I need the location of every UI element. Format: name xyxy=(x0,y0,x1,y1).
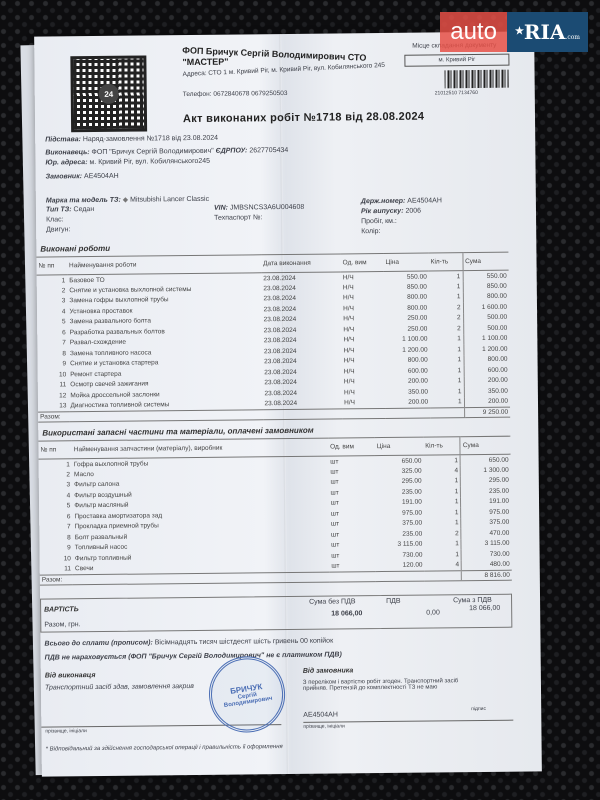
table-cell: 191.00 xyxy=(375,497,424,508)
table-cell: 3 xyxy=(39,480,72,491)
table-cell: 1 xyxy=(429,281,463,292)
table-cell: шт xyxy=(329,529,376,540)
table-cell: 800.00 xyxy=(385,355,430,366)
table-cell: 650.00 xyxy=(375,455,424,466)
column-header: № пп xyxy=(38,441,71,459)
column-header: Сума xyxy=(462,252,508,270)
table-cell: 350.00 xyxy=(385,387,430,398)
type-value: Седан xyxy=(73,206,94,213)
footnote: * Відповідальний за здійснення господарс… xyxy=(46,744,283,752)
type-label: Тип ТЗ: xyxy=(46,206,72,213)
table-cell: 200.00 xyxy=(385,397,430,408)
passport-label: Техпаспорт №: xyxy=(214,214,262,222)
table-cell: 800.00 xyxy=(463,291,509,302)
watermark-ria: ★RIA.com xyxy=(507,12,588,52)
column-header: Ціна xyxy=(383,253,428,271)
table-cell: 1 100.00 xyxy=(384,334,429,345)
table-cell: 11 xyxy=(38,380,69,391)
table-cell: 1 xyxy=(424,549,461,560)
table-cell: 8 xyxy=(39,532,72,543)
works-table: № ппНайменування роботиДата виконанняОд.… xyxy=(36,252,510,423)
vat-note: ПДВ не нараховується (ФОП "Бричук Сергій… xyxy=(45,651,342,661)
table-cell: шт xyxy=(329,540,376,551)
act-document: 24 ФОП Бричук Сергій Володимирович СТО "… xyxy=(34,31,542,776)
executor-signature-text: Транспортний засіб здав, замовлення закр… xyxy=(45,683,194,692)
table-cell: 1 200.00 xyxy=(463,344,509,355)
table-cell: 5 xyxy=(37,317,68,328)
table-cell: 4 xyxy=(37,306,68,317)
table-cell: Н/Ч xyxy=(342,387,385,398)
column-header: Сума xyxy=(460,436,510,455)
table-cell: 11 xyxy=(40,564,73,575)
table-cell: 800.00 xyxy=(384,292,429,303)
table-cell: 9 xyxy=(39,543,72,554)
table-cell: 250.00 xyxy=(384,324,429,335)
year-value: 2006 xyxy=(405,208,421,215)
table-cell: 2 xyxy=(37,285,68,296)
barcode-icon xyxy=(445,70,509,89)
table-cell: 3 xyxy=(37,296,68,307)
table-cell: 1 xyxy=(430,344,464,355)
qr-badge: 24 xyxy=(99,84,119,104)
table-cell: 1 xyxy=(424,507,461,518)
vat-value: 0,00 xyxy=(426,609,440,616)
sign-caption-left: прізвище, ініціали xyxy=(45,728,86,734)
barcode-number: 21012510 7134760 xyxy=(435,90,478,96)
table-cell: 1 xyxy=(429,271,463,282)
color-label: Колір: xyxy=(361,228,380,235)
executor-signature-label: Від виконавця xyxy=(45,672,96,680)
with-vat-value: 18 066,00 xyxy=(469,605,500,612)
customer-signature-name: AE4504AH xyxy=(303,711,338,718)
table-cell: 10 xyxy=(38,369,69,380)
table-cell: Н/Ч xyxy=(342,355,385,366)
table-cell: 1 xyxy=(39,459,72,470)
table-cell: Н/Ч xyxy=(341,292,384,303)
plate-line: Держ.номер: AE4504AH xyxy=(361,197,442,205)
basis-line: Підстава: Наряд-замовлення №1718 від 23.… xyxy=(45,135,218,144)
no-vat-value: 18 066,00 xyxy=(331,610,362,617)
table-cell: 850.00 xyxy=(463,281,509,292)
in-words-value: Вісімнадцять тисяч шістдесят шість гриве… xyxy=(155,638,333,647)
table-cell: Н/Ч xyxy=(342,366,385,377)
table-cell: 730.00 xyxy=(376,550,425,561)
table-cell: 2 xyxy=(429,302,463,313)
table-cell: 295.00 xyxy=(461,475,511,486)
table-cell: 975.00 xyxy=(376,508,425,519)
table-cell: 295.00 xyxy=(375,476,424,487)
document-title: Акт виконаних робіт №1718 від 28.08.2024 xyxy=(183,111,424,126)
executor-line: Виконавець: ФОП "Бричук Сергій Володимир… xyxy=(45,147,288,157)
table-cell: 6 xyxy=(37,327,68,338)
table-cell: 6 xyxy=(39,511,72,522)
sign-caption-right: прізвище, ініціали xyxy=(303,723,344,729)
table-cell: 1 xyxy=(430,365,464,376)
table-cell: шт xyxy=(329,498,376,509)
with-vat-label: Сума з ПДВ xyxy=(453,597,492,604)
plate-label: Держ.номер: xyxy=(361,198,405,205)
basis-label: Підстава: xyxy=(45,136,81,143)
year-label: Рік випуску: xyxy=(361,208,404,215)
customer-signature-text: З переліком і вартістю робіт згоден. Тра… xyxy=(303,678,473,692)
legal-address-value: м. Кривий Ріг, вул. Кобилянського245 xyxy=(89,158,210,166)
table-cell: Н/Ч xyxy=(342,376,385,387)
table-cell: Н/Ч xyxy=(341,324,384,335)
column-header: Дата виконання xyxy=(261,254,341,273)
edrpou-value: 2627705434 xyxy=(249,147,288,154)
vin-label: VIN: xyxy=(214,205,228,212)
table-cell: 3 115.00 xyxy=(376,539,425,550)
watermark-suffix: .com xyxy=(565,34,580,41)
table-cell: Н/Ч xyxy=(342,397,385,408)
vin-value: JMBSNCS3A6U004608 xyxy=(230,204,304,212)
table-cell: 235.00 xyxy=(461,486,511,497)
mitsubishi-logo-icon: ◆ xyxy=(123,197,128,204)
table-cell: 470.00 xyxy=(461,528,511,539)
in-words-label: Всього до сплати (прописом): xyxy=(44,639,152,647)
table-cell: 600.00 xyxy=(464,365,510,376)
table-cell: 1 xyxy=(430,355,464,366)
table-cell: 550.00 xyxy=(463,270,509,281)
vehicle-type-line: Тип ТЗ: Седан xyxy=(46,206,94,214)
table-cell: 650.00 xyxy=(460,454,510,465)
table-cell: шт xyxy=(328,466,375,477)
table-cell: 4 xyxy=(424,560,461,571)
table-cell: 200.00 xyxy=(464,396,510,407)
table-cell: 480.00 xyxy=(462,559,512,570)
table-cell: 1 xyxy=(423,455,460,466)
place-value: м. Кривий Ріг xyxy=(404,54,509,67)
table-cell: 1 xyxy=(37,275,68,286)
table-cell: шт xyxy=(328,477,375,488)
title-label: Акт виконаних робіт xyxy=(183,112,300,125)
column-header: Найменування роботи xyxy=(67,255,261,275)
table-cell: 4 xyxy=(39,490,72,501)
table-cell: 200.00 xyxy=(385,376,430,387)
table-cell: 1 xyxy=(424,497,461,508)
vehicle-engine-label: Двигун: xyxy=(46,226,70,233)
table-cell: 235.00 xyxy=(376,529,425,540)
customer-signature-line xyxy=(303,720,513,723)
table-cell: 2 xyxy=(429,313,463,324)
table-cell: 250.00 xyxy=(384,313,429,324)
table-cell: шт xyxy=(328,487,375,498)
table-cell: шт xyxy=(329,508,376,519)
legal-address-label: Юр. адреса: xyxy=(45,159,87,166)
table-cell: 375.00 xyxy=(461,517,511,528)
table-cell: 550.00 xyxy=(384,271,429,282)
table-cell: 1 200.00 xyxy=(384,345,429,356)
company-phone: Телефон: 0672840678 0679250503 xyxy=(183,90,288,98)
vin-line: VIN: JMBSNCS3A6U004608 xyxy=(214,204,304,212)
autoria-watermark: auto ★RIA.com xyxy=(440,12,588,52)
no-vat-label: Сума без ПДВ xyxy=(309,598,355,605)
table-cell: 1 xyxy=(429,334,463,345)
table-cell: 5 xyxy=(39,501,72,512)
table-cell: 10 xyxy=(40,553,73,564)
table-cell: 375.00 xyxy=(376,518,425,529)
table-cell: 1 xyxy=(430,386,464,397)
table-cell: шт xyxy=(329,561,376,572)
cost-label: ВАРТІСТЬ xyxy=(44,606,79,613)
column-header: Од. вим xyxy=(341,253,384,271)
table-cell: шт xyxy=(328,456,375,467)
title-date: 28.08.2024 xyxy=(366,111,424,124)
vehicle-make-line: Марка та модель ТЗ: ◆ Mitsubishi Lancer … xyxy=(46,195,209,205)
table-cell: 850.00 xyxy=(384,282,429,293)
table-cell: 500.00 xyxy=(463,312,509,323)
table-cell: Н/Ч xyxy=(341,334,384,345)
star-icon: ★ xyxy=(515,26,524,37)
table-cell: 3 115.00 xyxy=(461,538,511,549)
table-cell: 1 xyxy=(424,486,461,497)
cost-summary: ВАРТІСТЬ Разом, грн. Сума без ПДВ 18 066… xyxy=(40,594,512,633)
vat-label: ПДВ xyxy=(386,598,401,605)
column-header: Од. вим xyxy=(328,438,375,456)
sign-caption-sign: підпис xyxy=(471,706,486,712)
parts-table: № ппНайменування запчастини (матеріалу),… xyxy=(38,436,511,586)
table-cell: 2 xyxy=(39,469,72,480)
summary-total-label: Разом, грн. xyxy=(44,621,80,628)
customer-signature-label: Від замовника xyxy=(303,667,354,675)
table-cell: 1 xyxy=(430,397,464,408)
column-header: Ціна xyxy=(375,437,424,456)
works-section-title: Виконані роботи xyxy=(40,244,110,254)
table-cell: Н/Ч xyxy=(341,313,384,324)
table-cell: Н/Ч xyxy=(341,271,384,282)
vehicle-class-label: Клас: xyxy=(46,216,64,223)
watermark-ria-text: RIA xyxy=(524,20,566,44)
table-cell: 1 xyxy=(430,376,464,387)
table-cell: 1 xyxy=(424,518,461,529)
year-line: Рік випуску: 2006 xyxy=(361,208,421,216)
table-cell: 1 xyxy=(429,292,463,303)
table-cell: 4 xyxy=(423,465,460,476)
table-cell: 8 xyxy=(37,348,68,359)
column-header: Кіл-ть xyxy=(429,253,463,271)
table-cell: 200.00 xyxy=(464,375,510,386)
table-cell: 9 xyxy=(38,359,69,370)
table-cell: 7 xyxy=(37,338,68,349)
company-brand: "МАСТЕР" xyxy=(182,57,228,67)
customer-line: Замовник: AE4504AH xyxy=(46,173,119,181)
column-header: № пп xyxy=(36,257,67,275)
works-total-value: 9 250.00 xyxy=(464,407,510,418)
table-cell: 2 xyxy=(429,323,463,334)
edrpou-label: ЄДРПОУ: xyxy=(216,147,248,154)
table-cell: Н/Ч xyxy=(342,345,385,356)
legal-address-line: Юр. адреса: м. Кривий Ріг, вул. Кобилянс… xyxy=(45,158,210,167)
table-cell: 600.00 xyxy=(385,366,430,377)
amount-in-words: Всього до сплати (прописом): Вісімнадцят… xyxy=(44,638,333,648)
table-cell: 1 xyxy=(424,476,461,487)
table-cell: 500.00 xyxy=(463,323,509,334)
table-cell: 800.00 xyxy=(464,354,510,365)
table-cell: 1 100.00 xyxy=(463,333,509,344)
table-cell: 1 xyxy=(424,539,461,550)
title-date-prefix: від xyxy=(345,111,363,123)
table-cell: 1 600.00 xyxy=(463,302,509,313)
mileage-label: Пробіг, км.: xyxy=(361,218,397,225)
table-cell: 13 xyxy=(38,401,69,412)
table-cell: 7 xyxy=(39,522,72,533)
table-cell: 325.00 xyxy=(375,466,424,477)
watermark-auto: auto xyxy=(440,12,507,52)
table-cell: Н/Ч xyxy=(341,282,384,293)
table-cell: шт xyxy=(329,519,376,530)
table-cell: 191.00 xyxy=(461,496,511,507)
table-cell: 1 300.00 xyxy=(461,465,511,476)
customer-value: AE4504AH xyxy=(84,173,119,180)
table-cell: 800.00 xyxy=(384,303,429,314)
column-header: Кіл-ть xyxy=(423,437,460,455)
parts-total-value: 8 816.00 xyxy=(462,570,512,581)
basis-value: Наряд-замовлення №1718 від 23.08.2024 xyxy=(83,135,218,143)
table-cell: 120.00 xyxy=(376,560,425,571)
table-cell: 235.00 xyxy=(375,487,424,498)
customer-label: Замовник: xyxy=(46,173,83,180)
table-cell: Н/Ч xyxy=(341,303,384,314)
table-cell: шт xyxy=(329,550,376,561)
executor-label: Виконавець: xyxy=(45,149,89,156)
title-number: №1718 xyxy=(304,111,342,123)
table-cell: 350.00 xyxy=(464,386,510,397)
table-cell: 2 xyxy=(424,528,461,539)
table-cell: 730.00 xyxy=(461,549,511,560)
make-label: Марка та модель ТЗ: xyxy=(46,197,121,205)
make-value: Mitsubishi Lancer Classic xyxy=(130,196,209,204)
table-cell: 975.00 xyxy=(461,507,511,518)
executor-value: ФОП "Бричук Сергій Володимирович" xyxy=(92,148,214,156)
parts-section-title: Використані запасні частини та матеріали… xyxy=(42,426,313,438)
plate-value: AE4504AH xyxy=(407,197,442,204)
table-cell: 12 xyxy=(38,390,69,401)
